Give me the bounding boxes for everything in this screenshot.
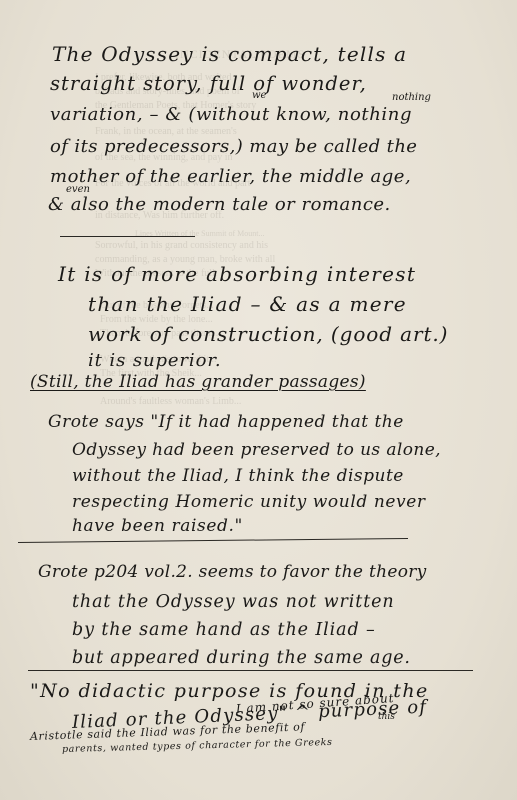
ghost-print-9: Lines Written of the Summit of Mount... (135, 228, 265, 240)
insert-nothing: nothing (392, 92, 431, 103)
ghost-print-18: Around's faultless woman's Limb... (100, 396, 241, 408)
s3-line-1: Grote says "If it had happened that the (48, 412, 404, 432)
divider-1 (60, 236, 195, 237)
manuscript-page: INCIDENTAL POEMS I prefer, likewise, bot… (0, 0, 517, 800)
s1-line-4: of its predecessors,) may be called the (50, 136, 417, 157)
s1-line-6: & also the modern tale or romance. (48, 194, 391, 215)
s1-line-3: variation, – & (without know, nothing (50, 104, 412, 125)
s1-line-5: mother of the earlier, the middle age, (50, 166, 411, 187)
insert-we: we (252, 90, 266, 101)
s4-line-1: Grote p204 vol.2. seems to favor the the… (38, 562, 427, 582)
ghost-print-10: Sorrowful, in his grand consistency and … (95, 240, 268, 252)
s4-line-4: but appeared during the same age. (72, 648, 411, 668)
s3-line-5: have been raised." (72, 516, 243, 536)
s2-line-3: work of construction, (good art.) (88, 322, 448, 346)
s2-line-1: It is of more absorbing interest (58, 262, 416, 286)
s2-aside: (Still, the Iliad has grander passages) (30, 372, 366, 392)
s1-line-2: straight story, full of wonder, (50, 72, 367, 95)
s3-line-4: respecting Homeric unity would never (72, 492, 426, 512)
divider-3 (28, 670, 473, 671)
s3-line-3: without the Iliad, I think the dispute (72, 466, 404, 486)
s4-line-2: that the Odyssey was not written (72, 592, 395, 612)
s3-line-2: Odyssey had been preserved to us alone, (72, 440, 441, 460)
s2-line-2: than the Iliad – & as a mere (88, 292, 407, 316)
s2-line-4: it is superior. (88, 350, 221, 371)
s1-line-1: The Odyssey is compact, tells a (52, 42, 407, 66)
divider-2 (18, 538, 408, 543)
s4-line-3: by the same hand as the Iliad – (72, 620, 376, 640)
